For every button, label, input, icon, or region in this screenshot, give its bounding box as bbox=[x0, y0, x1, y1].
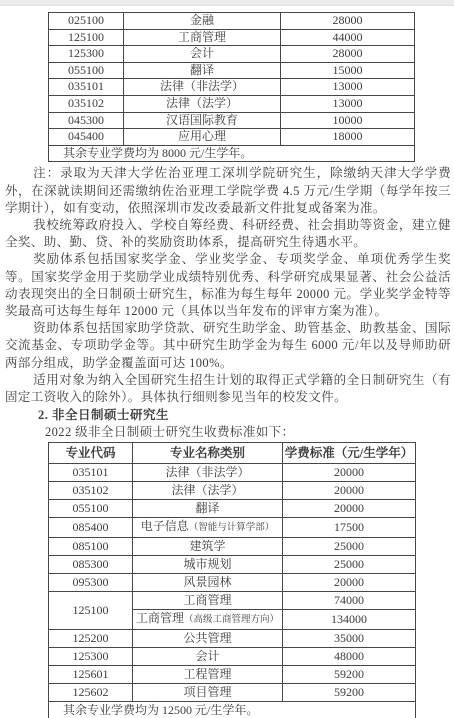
major-name-cell: 建筑学 bbox=[133, 537, 283, 555]
awards-paragraph: 奖励体系包括国家奖学金、学业奖学金、专项奖学金、单项优秀学生奖等。国家奖学金用于… bbox=[5, 251, 451, 320]
major-name-cell: 工商管理 bbox=[124, 29, 281, 46]
major-name-cell: 金融 bbox=[124, 13, 281, 30]
major-name-cell: 城市规划 bbox=[133, 555, 283, 573]
major-name-cell: 工程管理 bbox=[133, 665, 283, 683]
table-footer-row: 其余专业学费均为 8000 元/生学年。 bbox=[49, 145, 415, 162]
note-paragraph: 注：录取为天津大学佐治亚理工深圳学院研究生，除缴纳天津大学学费外，在深就读期间还… bbox=[5, 165, 451, 217]
table-row: 095300风景园林20000 bbox=[49, 573, 416, 591]
scope-paragraph: 适用对象为纳入全国研究生招生计划的取得正式学籍的全日制研究生（有固定工资收入的除… bbox=[5, 372, 451, 406]
fee-cell: 48000 bbox=[283, 647, 416, 665]
major-name-cell: 法律（法学） bbox=[124, 95, 281, 112]
major-name-cell: 汉语国际教育 bbox=[124, 112, 281, 129]
fee-cell: 74000 bbox=[283, 591, 416, 609]
major-name-cell: 法律（非法学） bbox=[124, 79, 281, 96]
major-code-cell: 055100 bbox=[49, 499, 133, 517]
major-code-cell: 085100 bbox=[49, 537, 133, 555]
major-name-cell: 工商管理（高级工商管理方向） bbox=[133, 609, 283, 629]
major-name-cell: 会计 bbox=[124, 46, 281, 63]
body-paragraphs: 注：录取为天津大学佐治亚理工深圳学院研究生，除缴纳天津大学学费外，在深就读期间还… bbox=[5, 165, 451, 406]
major-code-cell: 035101 bbox=[49, 79, 124, 96]
table-row: 085400电子信息（智能与计算学部）17500 bbox=[49, 517, 416, 537]
col-header-fee: 学费标准（元/生学年） bbox=[283, 442, 416, 463]
table-row: 125300会计48000 bbox=[49, 647, 416, 665]
fee-cell: 17500 bbox=[283, 517, 416, 537]
major-name-suffix: （智能与计算学部） bbox=[189, 523, 275, 533]
major-name-cell: 工商管理 bbox=[133, 591, 283, 609]
fee-cell: 59200 bbox=[283, 683, 416, 701]
major-code-cell: 125300 bbox=[49, 647, 133, 665]
major-name-cell: 项目管理 bbox=[133, 683, 283, 701]
document-page: { "table1": { "cell_names": "major-code-… bbox=[0, 0, 454, 718]
table-row: 125100工商管理74000 bbox=[49, 591, 416, 609]
table-row: 045400应用心理18000 bbox=[49, 129, 415, 146]
table-row: 035102法律（法学）13000 bbox=[49, 95, 415, 112]
table-row: 045300汉语国际教育10000 bbox=[49, 112, 415, 129]
grants-paragraph: 资助体系包括国家助学贷款、研究生助学金、助管基金、助教基金、国际交流基金、专项助… bbox=[5, 320, 451, 372]
major-code-cell: 095300 bbox=[49, 573, 133, 591]
table-row: 085100建筑学25000 bbox=[49, 537, 416, 555]
table-row: 125100工商管理44000 bbox=[49, 29, 415, 46]
table-row: 055100翻译20000 bbox=[49, 499, 416, 517]
major-code-cell: 125100 bbox=[49, 591, 133, 629]
other-majors-fee-note: 其余专业学费均为 8000 元/生学年。 bbox=[49, 145, 415, 162]
fee-cell: 28000 bbox=[281, 13, 415, 30]
table-row: 125602项目管理59200 bbox=[49, 683, 416, 701]
table-row: 035101法律（非法学）13000 bbox=[49, 79, 415, 96]
major-name-cell: 法律（法学） bbox=[133, 481, 283, 499]
major-name-cell: 电子信息（智能与计算学部） bbox=[133, 517, 283, 537]
major-code-cell: 085400 bbox=[49, 517, 133, 537]
fee-cell: 28000 bbox=[281, 46, 415, 63]
major-code-cell: 125601 bbox=[49, 665, 133, 683]
fee-cell: 20000 bbox=[283, 463, 416, 481]
major-code-cell: 085300 bbox=[49, 555, 133, 573]
major-code-cell: 125300 bbox=[49, 46, 124, 63]
page-top-strip bbox=[0, 0, 454, 6]
major-code-cell: 045400 bbox=[49, 129, 124, 146]
table-row: 125601工程管理59200 bbox=[49, 665, 416, 683]
fee-cell: 20000 bbox=[283, 573, 416, 591]
table-row: 085300城市规划25000 bbox=[49, 555, 416, 573]
other-majors-fee-note: 其余专业学费均为 12500 元/生学年。 bbox=[49, 701, 416, 718]
major-name-cell: 应用心理 bbox=[124, 129, 281, 146]
section-heading-parttime: 2. 非全日制硕士研究生 bbox=[38, 407, 454, 424]
major-code-cell: 025100 bbox=[49, 13, 124, 30]
table-row: 035102法律（法学）20000 bbox=[49, 481, 416, 499]
major-code-cell: 055100 bbox=[49, 62, 124, 79]
fulltime-fee-table: 025100金融28000125100工商管理44000125300会计2800… bbox=[48, 12, 415, 162]
major-code-cell: 035102 bbox=[49, 481, 133, 499]
major-name-cell: 翻译 bbox=[124, 62, 281, 79]
fee-cell: 20000 bbox=[283, 481, 416, 499]
fee-cell: 20000 bbox=[283, 499, 416, 517]
fee-cell: 35000 bbox=[283, 629, 416, 647]
major-code-cell: 035101 bbox=[49, 463, 133, 481]
major-name-cell: 翻译 bbox=[133, 499, 283, 517]
major-name-cell: 风景园林 bbox=[133, 573, 283, 591]
parttime-fee-table: 专业代码 专业名称类别 学费标准（元/生学年） 035101法律（非法学）200… bbox=[48, 442, 416, 718]
major-name-cell: 会计 bbox=[133, 647, 283, 665]
fee-cell: 10000 bbox=[281, 112, 415, 129]
major-code-cell: 045300 bbox=[49, 112, 124, 129]
table-row: 025100金融28000 bbox=[49, 13, 415, 30]
major-name-cell: 法律（非法学） bbox=[133, 463, 283, 481]
major-name-suffix: （高级工商管理方向） bbox=[184, 615, 279, 625]
major-code-cell: 125602 bbox=[49, 683, 133, 701]
table-row: 055100翻译15000 bbox=[49, 62, 415, 79]
fee-cell: 59200 bbox=[283, 665, 416, 683]
fee-cell: 18000 bbox=[281, 129, 415, 146]
major-code-cell: 125100 bbox=[49, 29, 124, 46]
fee-cell: 13000 bbox=[281, 79, 415, 96]
fee-cell: 25000 bbox=[283, 555, 416, 573]
major-code-cell: 125200 bbox=[49, 629, 133, 647]
fee-cell: 15000 bbox=[281, 62, 415, 79]
col-header-major-code: 专业代码 bbox=[49, 442, 133, 463]
major-name-cell: 公共管理 bbox=[133, 629, 283, 647]
parttime-intro-line: 2022 级非全日制硕士研究生收费标准如下： bbox=[45, 424, 454, 441]
fee-cell: 25000 bbox=[283, 537, 416, 555]
major-code-cell: 035102 bbox=[49, 95, 124, 112]
table-row: 125300会计28000 bbox=[49, 46, 415, 63]
fee-cell: 13000 bbox=[281, 95, 415, 112]
table-footer-row: 其余专业学费均为 12500 元/生学年。 bbox=[49, 701, 416, 718]
col-header-major-name: 专业名称类别 bbox=[133, 442, 283, 463]
funding-paragraph: 我校统筹政府投入、学校自筹经费、科研经费、社会捐助等资金，建立健全奖、助、勤、贷… bbox=[5, 217, 451, 251]
table-row: 035101法律（非法学）20000 bbox=[49, 463, 416, 481]
table-header-row: 专业代码 专业名称类别 学费标准（元/生学年） bbox=[49, 442, 416, 463]
fee-cell: 134000 bbox=[283, 609, 416, 629]
fee-cell: 44000 bbox=[281, 29, 415, 46]
table-row: 125200公共管理35000 bbox=[49, 629, 416, 647]
